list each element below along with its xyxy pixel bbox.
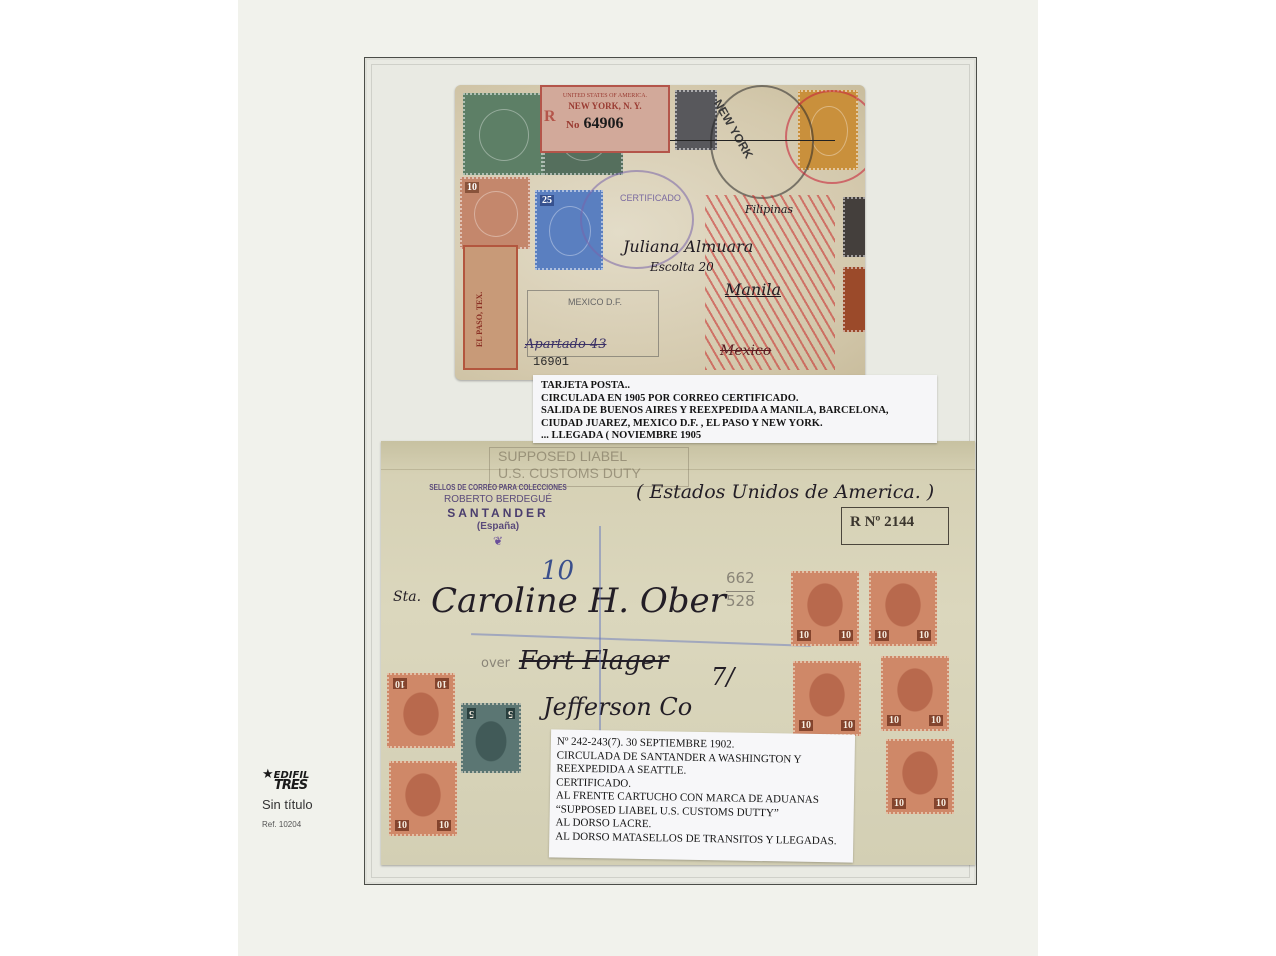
city-handwriting: Manila [725, 280, 781, 299]
sender-line4: (España) [403, 521, 593, 532]
street-handwriting: Escolta 20 [650, 260, 714, 274]
county-handwriting: Jefferson Co [543, 693, 692, 721]
stamp-value: 10 [934, 798, 948, 809]
stamp-value: 10 [917, 630, 931, 641]
brand-line2: TRES [262, 781, 322, 791]
stamp-value: 10 [395, 820, 409, 831]
label-line: ... LLEGADA ( NOVIEMBRE 1905 [541, 430, 937, 443]
label-line: CIUDAD JUAREZ, MEXICO D.F. , EL PASO Y N… [541, 418, 937, 431]
reg-city: NEW YORK, N. Y. [542, 101, 668, 111]
customs-line: SUPPOSED LIABEL [498, 448, 688, 465]
stamp-10c-4: 1010 [881, 656, 949, 731]
customs-line: U.S. CUSTOMS DUTY [498, 465, 688, 482]
page-title: Sin título [262, 797, 322, 812]
stamp-red-brown [843, 267, 865, 332]
envelope-description-label: Nº 242-243(7). 30 SEPTIEMBRE 1902. CIRCU… [549, 729, 855, 862]
reg-number: 64906 [583, 115, 623, 132]
addressee-handwriting: Juliana Almuara [623, 237, 753, 256]
country-handwriting: ( Estados Unidos de America. ) [636, 481, 934, 503]
stamp-10c-6-inverted: 1010 [387, 673, 455, 748]
el-paso-registration-label: EL PASO, TEX. [463, 245, 518, 370]
stamp-value: 10 [839, 630, 853, 641]
stamp-value: 10 [435, 678, 449, 689]
stamp-value: 10 [393, 678, 407, 689]
stamp-value: 10 [797, 630, 811, 641]
stamp-value: 10 [875, 630, 889, 641]
over-handwriting: over [481, 656, 510, 671]
stamp-portrait [474, 191, 518, 237]
stamp-value: 5 [467, 708, 476, 719]
salutation-handwriting: Sta. [393, 589, 421, 605]
blue-crayon-line [471, 633, 811, 647]
sender-line1: SELLOS DE CORREO PARA COLECCIONES [420, 483, 576, 492]
star-icon: ★ [262, 767, 274, 782]
blue-crayon-line-vertical [599, 526, 601, 736]
certificado-text: CERTIFICADO [620, 193, 681, 203]
page-reference: Ref. 10204 [262, 820, 322, 829]
new-york-registration-label: UNITED STATES OF AMERICA. NEW YORK, N. Y… [540, 85, 670, 153]
crossed-street-handwriting: Apartado 43 [525, 337, 606, 352]
pencil-number-bottom: 528 [726, 591, 755, 610]
label-line: CIRCULADA EN 1905 POR CORREO CERTIFICADO… [541, 393, 937, 406]
stamp-value: 5 [506, 708, 515, 719]
crossed-place-handwriting: Fort Flager [519, 646, 669, 676]
sender-line3: SANTANDER [403, 506, 593, 520]
stamp-value: 10 [887, 715, 901, 726]
stamp-brown [843, 197, 865, 257]
stamp-10c-2: 1010 [869, 571, 937, 646]
mexico-df-text: MEXICO D.F. [568, 297, 658, 307]
stamp-value: 10 [799, 720, 813, 731]
stamp-5c-green-inverted: 55 [461, 703, 521, 773]
reg-number-line: No64906 [542, 115, 668, 133]
stamp-value: 10 [465, 182, 479, 193]
album-branding: ★EDIFIL TRES Sin título Ref. 10204 [262, 770, 322, 829]
ornament-icon: ❦ [403, 534, 593, 549]
stamp-spain-10: 10 [460, 177, 530, 249]
stamp-10c-1: 1010 [791, 571, 859, 646]
stamp-value: 10 [841, 720, 855, 731]
stamp-mexico-green [463, 93, 543, 175]
label-line: SALIDA DE BUENOS AIRES Y REEXPEDIDA A MA… [541, 405, 937, 418]
stamp-value: 10 [929, 715, 943, 726]
reg-country: UNITED STATES OF AMERICA. [542, 93, 668, 99]
reg-prefix: No [566, 119, 579, 131]
stamp-10c-5: 1010 [886, 739, 954, 814]
stamp-value: 25 [540, 195, 554, 206]
registration-box: R Nº 2144 [841, 507, 949, 545]
stamp-10c-7: 1010 [389, 761, 457, 836]
stamp-portrait [479, 109, 530, 161]
crossed-city-handwriting: Mexico [720, 343, 771, 359]
label-line: TARJETA POSTA.. [541, 380, 937, 393]
stamp-10c-3: 1010 [793, 661, 861, 736]
addressee-handwriting: Caroline H. Ober [431, 581, 726, 621]
el-paso-text: EL PASO, TEX. [475, 292, 484, 347]
registered-r-mark: R [544, 108, 556, 126]
edifil-logo: ★EDIFIL TRES [262, 770, 322, 791]
stamp-value: 10 [437, 820, 451, 831]
postcard-description-label: TARJETA POSTA.. CIRCULADA EN 1905 POR CO… [533, 375, 937, 443]
stamp-value: 10 [892, 798, 906, 809]
mark-handwriting: 7/ [711, 663, 734, 691]
sender-line2: ROBERTO BERDEGUÉ [403, 494, 593, 505]
filipinas-handwriting: Filipinas [745, 203, 793, 216]
sender-cachet: SELLOS DE CORREO PARA COLECCIONES ROBERT… [403, 483, 593, 549]
pencil-number-top: 662 [726, 569, 755, 587]
postcard-number: 16901 [533, 355, 569, 369]
